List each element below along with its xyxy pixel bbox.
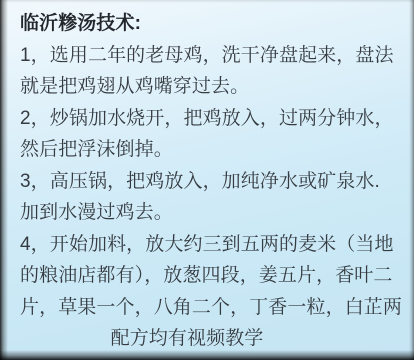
recipe-step-line: 片，草果一个，八角二个，丁香一粒，白芷两 — [20, 292, 414, 324]
recipe-title: 临沂糁汤技术: — [20, 8, 414, 40]
recipe-page: 临沂糁汤技术: 1，选用二年的老母鸡，洗干净盘起来，盘法 就是把鸡翅从鸡嘴穿过去… — [0, 0, 414, 360]
footer-note: 配方均有视频教学 — [20, 323, 414, 355]
recipe-step-line: 就是把鸡翅从鸡嘴穿过去。 — [20, 71, 414, 103]
recipe-step-line: 的粮油店都有），放葱四段，姜五片，香叶二 — [20, 260, 414, 292]
recipe-step-line: 1，选用二年的老母鸡，洗干净盘起来，盘法 — [20, 40, 414, 72]
recipe-step-line: 加到水漫过鸡去。 — [20, 197, 414, 229]
recipe-text-block: 临沂糁汤技术: 1，选用二年的老母鸡，洗干净盘起来，盘法 就是把鸡翅从鸡嘴穿过去… — [0, 0, 414, 355]
recipe-step-line: 2，炒锅加水烧开，把鸡放入，过两分钟水， — [20, 103, 414, 135]
recipe-step-line: 3，高压锅，把鸡放入，加纯净水或矿泉水. — [20, 166, 414, 198]
recipe-step-line: 4，开始加料，放大约三到五两的麦米（当地 — [20, 229, 414, 261]
recipe-step-line: 然后把浮沫倒掉。 — [20, 134, 414, 166]
